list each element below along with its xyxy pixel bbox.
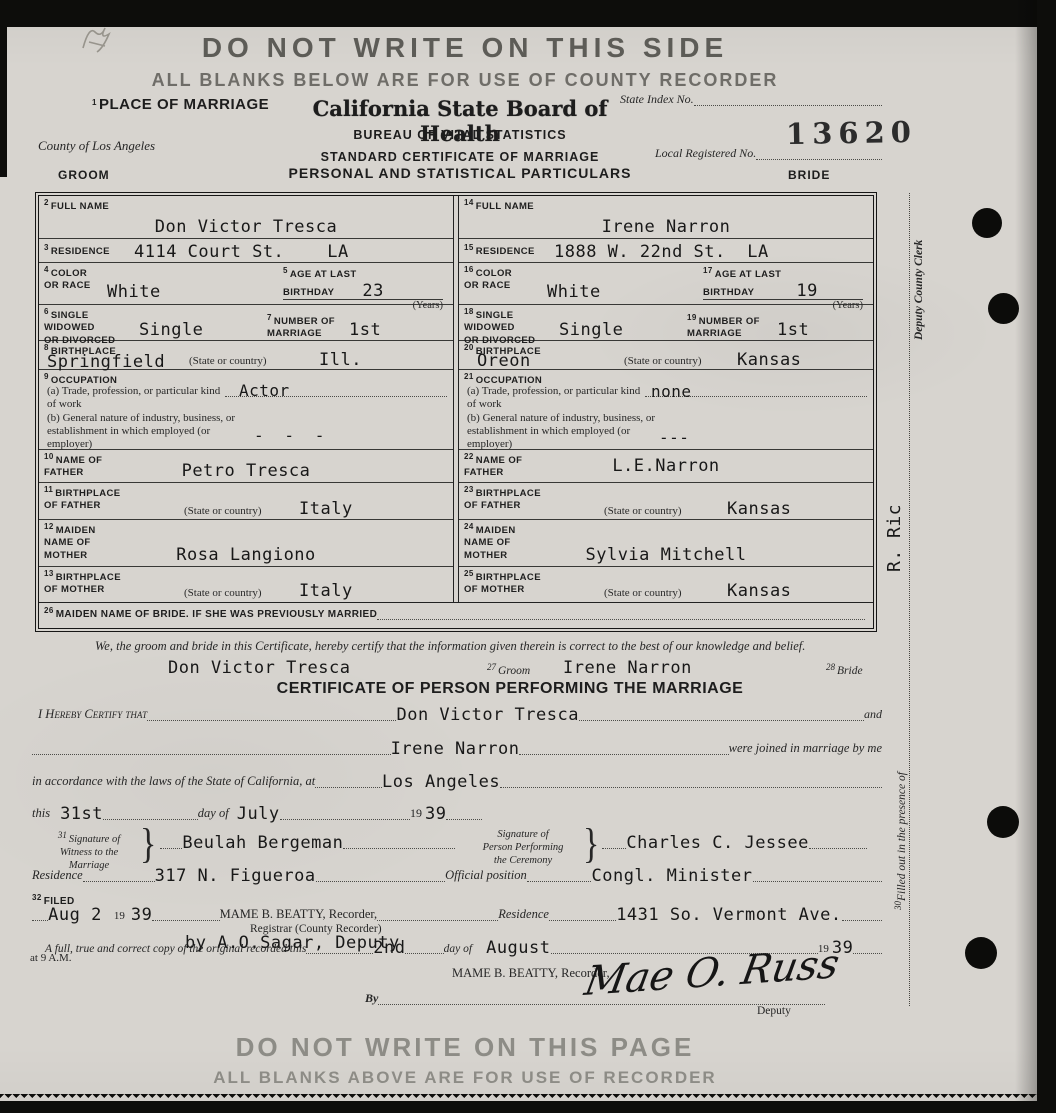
field-number: 25 [464,569,474,578]
bride-occupation-cell: 21OCCUPATION (a) Trade, profession, or p… [459,370,873,450]
label-text: Groom [498,665,530,677]
groom-signature-label: 27Groom [487,662,530,677]
blank-line [519,752,728,755]
blank-line [147,718,396,721]
bride-full-name-cell: 14FULL NAME Irene Narron [459,196,873,239]
groom-father-birthplace-value: Italy [299,499,353,519]
label-text: SINGLE [476,310,514,321]
groom-full-name-cell: 2FULL NAME Don Victor Tresca [39,196,453,239]
age-label: 17AGE AT LAST [703,266,863,281]
groom-color-value: White [107,282,161,302]
full-name-label: 14FULL NAME [464,198,534,213]
field-number: 7 [267,313,272,322]
state-or-country-note: (State or country) [189,355,267,367]
paper-edge-shadow [1015,0,1037,1113]
blank-line [377,617,865,620]
label-text: NUMBER OF [274,316,335,327]
state-or-country-note: (State or country) [184,587,262,599]
blank-line [694,103,882,106]
witness-residence-value: 317 N. Figueroa [155,866,316,886]
groom-signature: Don Victor Tresca [168,658,351,678]
copy-month-value: August [486,938,550,958]
marriage-year-value: 39 [425,804,446,824]
performer-label-l2: Person Performing [468,841,578,854]
blank-line [549,918,616,921]
bride-birthplace-city: Oreon [477,351,531,371]
blank-line [446,817,482,820]
bride-father-birthplace-value: Kansas [727,499,791,519]
field-number: 31 [58,830,67,840]
bride-signature-label: 28Bride [826,662,863,677]
field-number: 26 [44,606,54,615]
state-or-country-note: (State or country) [604,505,682,517]
witness-label-l2: Witness to the [40,846,138,859]
blank-line [32,752,391,755]
field-number: 15 [464,243,474,252]
date-line: this 31st day of July 19 39 [32,804,482,821]
groom-occupation-b-value: - - - [254,426,325,445]
official-position-label: Official position [445,868,527,883]
label-text: Filled out in the presence of [896,772,908,901]
label-text: MARRIAGE [267,328,322,339]
field-number: 24 [464,522,474,531]
groom-marital-cell: 6SINGLEWIDOWEDOR DIVORCED Single 7NUMBER… [39,305,453,341]
bride-marital-value: Single [559,320,623,340]
father-birthplace-label: 11BIRTHPLACEOF FATHER [44,485,121,513]
scan-edge-top [0,0,1056,27]
bride-color-age-cell: 16COLOROR RACE White 17AGE AT LAST BIRTH… [459,263,873,305]
standard-certificate-subtitle: STANDARD CERTIFICATE OF MARRIAGE [280,150,640,164]
particulars-table-inner: 2FULL NAME Don Victor Tresca 3RESIDENCE … [38,195,874,629]
blank-line [756,157,882,160]
groom-column-header: GROOM [58,168,110,182]
bride-color-value: White [547,282,601,302]
this-label: this [32,806,50,821]
groom-mother-birthplace-value: Italy [299,581,353,601]
filed-line: Aug 2 19 39 MAME B. BEATTY, Recorder, Re… [32,905,882,922]
deputy-county-clerk-label: Deputy County Clerk [913,200,925,340]
bride-residence-value: 1888 W. 22nd St. LA [554,242,769,262]
label-text: OF FATHER [464,500,521,511]
label-text: MAIDEN [476,525,516,536]
bottom-warning-line2: ALL BLANKS ABOVE ARE FOR USE OF RECORDER [0,1068,930,1088]
state-index-label: State Index No. [620,92,694,107]
label-text: WIDOWED [464,322,515,333]
local-registered-label: Local Registered No. [655,146,756,161]
label-text: MAIDEN [56,525,96,536]
color-race-label: 4COLOROR RACE [44,265,91,293]
and-word: and [864,707,882,722]
label-text: BIRTHPLACE [55,488,120,499]
witness-name-line: Beulah Bergeman [160,833,455,850]
label-text: MARRIAGE [687,328,742,339]
field-number: 32 [32,893,42,902]
bride-father-cell: 22NAME OFFATHER L.E.Narron [459,450,873,483]
bottom-warning-line1: DO NOT WRITE ON THIS PAGE [0,1032,930,1063]
field-number: 5 [283,266,288,275]
full-name-label: 2FULL NAME [44,198,109,213]
groom-residence-value: 4114 Court St. LA [134,242,349,262]
copy-day-of-label: day of [444,943,472,955]
punch-hole [988,293,1019,324]
official-position-value: Congl. Minister [591,866,752,886]
state-or-country-note: (State or country) [604,587,682,599]
label-text: BIRTHPLACE [476,488,541,499]
blank-line [83,879,155,882]
groom-birthplace-city: Springfield [47,352,165,372]
mother-birthplace-label: 13BIRTHPLACEOF MOTHER [44,569,121,597]
state-or-country-note: (State or country) [184,505,262,517]
performer-name-value: Charles C. Jessee [626,833,809,853]
scan-edge-right [1037,0,1056,1113]
bride-mother-value: Sylvia Mitchell [459,545,873,565]
top-warning-line2: ALL BLANKS BELOW ARE FOR USE OF COUNTY R… [0,70,930,91]
blank-line [579,718,864,721]
year-prefix: 19 [410,806,422,821]
couple-statement: We, the groom and bride in this Certific… [95,639,905,654]
field-number: 10 [44,452,54,461]
occupation-b-note: (b) General nature of industry, business… [47,412,247,451]
witness-brace: } [140,821,156,869]
field-number: 16 [464,265,474,274]
state-index-row: State Index No. [620,92,882,107]
groom-marriage-no-value: 1st [349,320,381,340]
marriage-place-value: Los Angeles [382,772,500,792]
field-number: 11 [44,485,53,494]
field-number: 4 [44,265,49,274]
label-text: BIRTHDAY [703,287,754,299]
performer-name-line: Charles C. Jessee [602,833,882,850]
bride-column: 14FULL NAME Irene Narron 15RESIDENCE 188… [458,196,873,602]
hereby-bride-name: Irene Narron [391,739,520,759]
label-text: COLOR [51,268,87,279]
blank-line [32,918,48,921]
field-number: 21 [464,372,474,381]
top-warning-line1: DO NOT WRITE ON THIS SIDE [0,32,930,64]
bride-occupation-b-value: --- [659,428,689,447]
bride-age-value: 19 [796,281,817,301]
marriage-month-value: July [237,804,280,824]
bride-mother-birthplace-value: Kansas [727,581,791,601]
label-text: Bride [837,665,863,677]
label-text: FULL NAME [476,201,534,212]
groom-mother-birthplace-cell: 13BIRTHPLACEOF MOTHER (State or country)… [39,567,453,601]
bride-column-header: BRIDE [788,168,830,182]
father-birthplace-label: 23BIRTHPLACEOF FATHER [464,485,541,513]
bride-occupation-a-value: none [651,382,692,401]
label-text: COLOR [476,268,512,279]
bride-mother-birthplace-cell: 25BIRTHPLACEOF MOTHER (State or country)… [459,567,873,601]
blank-line [152,918,219,921]
occupation-a-note: (a) Trade, profession, or particular kin… [47,385,225,411]
bride-signature: Irene Narron [563,658,692,678]
groom-color-age-cell: 4COLOROR RACE White 5AGE AT LAST BIRTHDA… [39,263,453,305]
blank-line [527,879,592,882]
label-text: BIRTHPLACE [56,572,121,583]
particulars-table: 2FULL NAME Don Victor Tresca 3RESIDENCE … [35,192,877,632]
bride-father-birthplace-cell: 23BIRTHPLACEOF FATHER (State or country)… [459,483,873,520]
label-text: RESIDENCE [51,246,110,257]
blank-line [500,785,882,788]
perforated-edge [0,1094,1056,1102]
label-text: BIRTHPLACE [476,572,541,583]
label-text: SINGLE [51,310,89,321]
groom-birthplace-state: Ill. [319,350,362,370]
groom-residence-cell: 3RESIDENCE 4114 Court St. LA [39,239,453,263]
label-text: OR RACE [464,280,511,291]
particulars-header: PERSONAL AND STATISTICAL PARTICULARS [230,165,690,181]
groom-father-birthplace-cell: 11BIRTHPLACEOF FATHER (State or country)… [39,483,453,520]
bureau-subtitle: BUREAU OF VITAL STATISTICS [280,128,640,142]
label-text: NUMBER OF [699,316,760,327]
number-of-marriage-label: 19NUMBER OFMARRIAGE [687,313,760,341]
blank-line [316,879,445,882]
bride-full-name-value: Irene Narron [459,217,873,237]
filled-out-label: 30Filled out in the presence of [893,590,908,910]
clerk-stamp-value: R. Ric [884,452,905,572]
bride-birthplace-state: Kansas [737,350,801,370]
label-text: OR RACE [44,280,91,291]
performer-label-block: Signature of Person Performing the Cerem… [468,828,578,867]
field-number: 6 [44,307,49,316]
field-number: 27 [487,662,496,672]
blank-line [315,785,382,788]
field-number: 13 [44,569,54,578]
county-label: County of Los Angeles [38,138,155,154]
bride-father-value: L.E.Narron [459,456,873,476]
punch-hole [987,806,1019,838]
by-label: By [365,991,378,1006]
copy-by-deputy-value: by A.O.Sagar, Deputy [185,933,400,953]
recorder-residence-value: 1431 So. Vermont Ave. [616,905,841,925]
label-text: FULL NAME [51,201,109,212]
local-registered-row: Local Registered No. [655,146,882,161]
label-text: OF FATHER [44,500,101,511]
maiden-name-row: 26MAIDEN NAME OF BRIDE. IF SHE WAS PREVI… [39,602,873,628]
witness-name-value: Beulah Bergeman [182,833,343,853]
groom-mother-value: Rosa Langiono [39,545,453,565]
laws-line: in accordance with the laws of the State… [32,772,882,789]
blank-line [343,846,455,849]
groom-age-value: 23 [362,281,383,301]
maiden-name-label: 26MAIDEN NAME OF BRIDE. IF SHE WAS PREVI… [44,606,377,621]
residence-label: 15RESIDENCE [464,243,535,258]
field-number: 28 [826,662,835,672]
residence-position-line: Residence 317 N. Figueroa Official posit… [32,866,882,883]
blank-line [160,846,182,849]
field-number: 30 [893,901,903,910]
hereby-groom-name: Don Victor Tresca [396,705,579,725]
label-text: AGE AT LAST [715,269,782,280]
blank-line [753,879,882,882]
label-text: RESIDENCE [476,246,535,257]
field-number: 1 [92,98,97,107]
label-text: Signature of [69,834,120,845]
blank-line [280,817,410,820]
punch-hole [965,937,997,969]
field-number: 14 [464,198,474,207]
laws-label: in accordance with the laws of the State… [32,774,315,789]
blank-line [853,951,882,954]
field-number: 19 [687,313,697,322]
age-line: BIRTHDAY 19 [703,281,863,300]
label-text: OF MOTHER [464,584,525,595]
blank-line [377,918,498,921]
residence-label: 3RESIDENCE [44,243,110,258]
groom-occupation-cell: 9OCCUPATION (a) Trade, profession, or pa… [39,370,453,450]
filed-year-prefix: 19 [114,910,125,922]
blank-line [842,918,882,921]
field-number: 20 [464,343,474,352]
marriage-certificate-scan: DO NOT WRITE ON THIS SIDE ALL BLANKS BEL… [0,0,1056,1113]
punch-hole [972,208,1002,238]
label-text: MAIDEN NAME OF BRIDE. IF SHE WAS PREVIOU… [56,609,378,620]
blank-line [405,951,443,954]
field-number: 17 [703,266,713,275]
groom-father-value: Petro Tresca [39,461,453,481]
bride-mother-cell: 24MAIDENNAME OFMOTHER Sylvia Mitchell [459,520,873,567]
performer-section-title: CERTIFICATE OF PERSON PERFORMING THE MAR… [180,680,840,698]
bride-marriage-no-value: 1st [777,320,809,340]
hereby-certify-line: I Hereby Certify that Don Victor Tresca … [38,705,882,722]
field-number: 9 [44,372,49,381]
age-label: 5AGE AT LAST [283,266,443,281]
label-text: OF MOTHER [44,584,105,595]
field-number: 23 [464,485,474,494]
mother-birthplace-label: 25BIRTHPLACEOF MOTHER [464,569,541,597]
day-of-label: day of [198,806,229,821]
groom-column: 2FULL NAME Don Victor Tresca 3RESIDENCE … [39,196,454,602]
bride-marital-cell: 18SINGLEWIDOWEDOR DIVORCED Single 19NUMB… [459,305,873,341]
performer-label-l1: Signature of [468,828,578,841]
field-number: 18 [464,307,474,316]
occupation-b-note: (b) General nature of industry, business… [467,412,667,451]
label-text: BIRTHDAY [283,287,334,299]
marriage-day-value: 31st [60,804,103,824]
witness-residence-label: Residence [32,868,83,883]
joined-in-marriage-label: were joined in marriage by me [729,741,882,756]
recorder-residence-label: Residence [498,907,549,922]
state-or-country-note: (State or country) [624,355,702,367]
groom-full-name-value: Don Victor Tresca [39,217,453,237]
blank-line [809,846,868,849]
groom-mother-cell: 12MAIDENNAME OFMOTHER Rosa Langiono [39,520,453,567]
occupation-a-note: (a) Trade, profession, or particular kin… [467,385,645,411]
scan-edge-bottom [0,1101,1056,1113]
field-number: 12 [44,522,54,531]
bride-birthplace-cell: 20BIRTHPLACE Oreon (State or country) Ka… [459,341,873,370]
field-number: 2 [44,198,49,207]
filed-date-value: Aug 2 [48,905,102,925]
label-text: WIDOWED [44,322,95,333]
hereby-certify-label: I Hereby Certify that [38,707,147,722]
field-number: 8 [44,343,49,352]
place-of-marriage-text: PLACE OF MARRIAGE [99,96,269,113]
performer-brace: } [583,821,599,869]
number-of-marriage-label: 7NUMBER OFMARRIAGE [267,313,335,341]
margin-rule [909,193,910,1006]
recorder-name: MAME B. BEATTY, Recorder, [220,907,378,922]
bride-name-line: Irene Narron were joined in marriage by … [32,739,882,756]
groom-birthplace-cell: 8BIRTHPLACE Springfield (State or countr… [39,341,453,370]
witness-label-l1: 31Signature of [40,830,138,846]
label-text: AGE AT LAST [290,269,357,280]
place-of-marriage-label: 1PLACE OF MARRIAGE [92,96,269,113]
blank-line [602,846,626,849]
groom-occupation-a-value: Actor [239,381,290,400]
age-line: BIRTHDAY 23 [283,281,443,300]
copy-time-note: at 9 A.M. [30,952,72,964]
groom-marital-value: Single [139,320,203,340]
color-race-label: 16COLOROR RACE [464,265,512,293]
filed-year-value: 39 [131,905,152,925]
bride-residence-cell: 15RESIDENCE 1888 W. 22nd St. LA [459,239,873,263]
deputy-label: Deputy [757,1005,791,1017]
blank-line [103,817,198,820]
maiden-name-line: 26MAIDEN NAME OF BRIDE. IF SHE WAS PREVI… [44,606,865,621]
groom-father-cell: 10NAME OFFATHER Petro Tresca [39,450,453,483]
field-number: 3 [44,243,49,252]
